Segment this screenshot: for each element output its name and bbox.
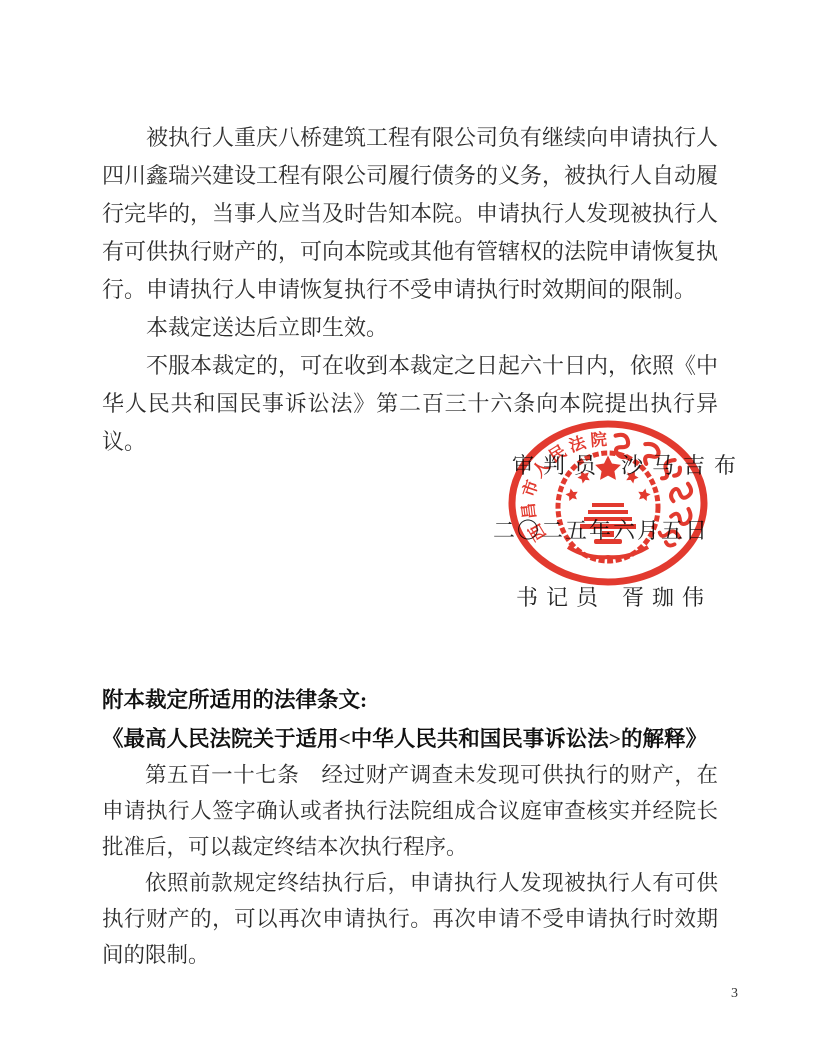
judge-name: 沙马吉布 <box>621 453 745 478</box>
clerk-title: 书记员 <box>516 585 606 610</box>
document-page: 被执行人重庆八桥建筑工程有限公司负有继续向申请执行人四川鑫瑞兴建设工程有限公司履… <box>0 0 816 1056</box>
legal-appendix: 附本裁定所适用的法律条文: 《最高人民法院关于适用<中华人民共和国民事诉讼法>的… <box>102 682 718 973</box>
judge-title: 审判员 <box>512 453 605 478</box>
judge-signature-line: 审判员沙马吉布 <box>512 449 745 480</box>
article-517-paragraph-1: 第五百一十七条 经过财产调查未发现可供执行的财产，在申请执行人签字确认或者执行法… <box>102 757 718 865</box>
clerk-name: 胥珈伟 <box>622 585 712 610</box>
cited-law-title: 《最高人民法院关于适用<中华人民共和国民事诉讼法>的解释》 <box>102 721 718 757</box>
clerk-signature-line: 书记员胥珈伟 <box>516 581 712 612</box>
page-number: 3 <box>731 986 738 1002</box>
paragraph-resume-execution: 被执行人重庆八桥建筑工程有限公司负有继续向申请执行人四川鑫瑞兴建设工程有限公司履… <box>102 119 718 309</box>
appendix-heading: 附本裁定所适用的法律条文: <box>102 682 718 718</box>
paragraph-objection-right: 不服本裁定的，可在收到本裁定之日起六十日内，依照《中华人民共和国民事诉讼法》第二… <box>102 347 718 461</box>
paragraph-effective-immediately: 本裁定送达后立即生效。 <box>102 309 718 347</box>
article-517-paragraph-2: 依照前款规定终结执行后，申请执行人发现被执行人有可供执行财产的，可以再次申请执行… <box>102 865 718 973</box>
ruling-date: 二〇二五年六月五日 <box>493 514 709 545</box>
ruling-body: 被执行人重庆八桥建筑工程有限公司负有继续向申请执行人四川鑫瑞兴建设工程有限公司履… <box>102 119 718 461</box>
